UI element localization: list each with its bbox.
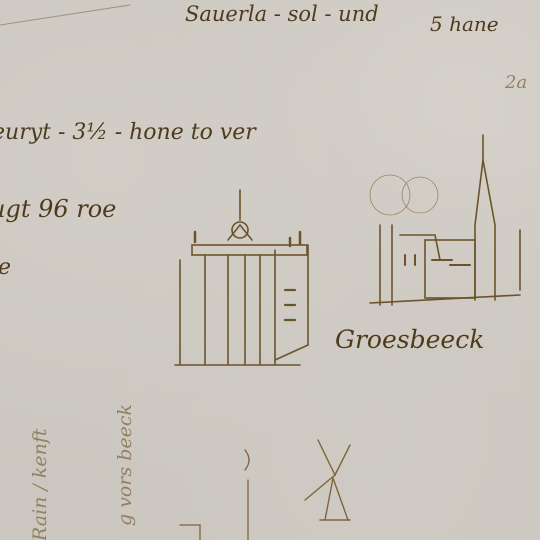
annotation-top-right-fragment: 2a (505, 72, 527, 93)
annotation-vertical-left: Rain / kenft (29, 361, 51, 540)
annotation-line-two: euryt - 3½ - hone to ver (0, 120, 256, 145)
castle-sketch (175, 190, 308, 365)
sketch-label-groesbeeck: Groesbeeck (335, 325, 484, 354)
manuscript-page: Sauerla - sol - und 5 hane 2a euryt - 3½… (0, 0, 540, 540)
church-sketch (370, 135, 520, 305)
annotation-top-distance: 5 hane (430, 12, 499, 36)
page-mark (0, 5, 130, 25)
annotation-top-line: Sauerla - sol - und (185, 2, 379, 26)
annotation-line-three: ugt 96 roe (0, 195, 116, 223)
windmill-sketch (305, 440, 350, 520)
annotation-vertical-middle: g vors beeck (114, 356, 136, 526)
annotation-line-four: e (0, 255, 11, 280)
building-fragment-sketch (180, 450, 249, 540)
ink-sketches (0, 0, 540, 540)
